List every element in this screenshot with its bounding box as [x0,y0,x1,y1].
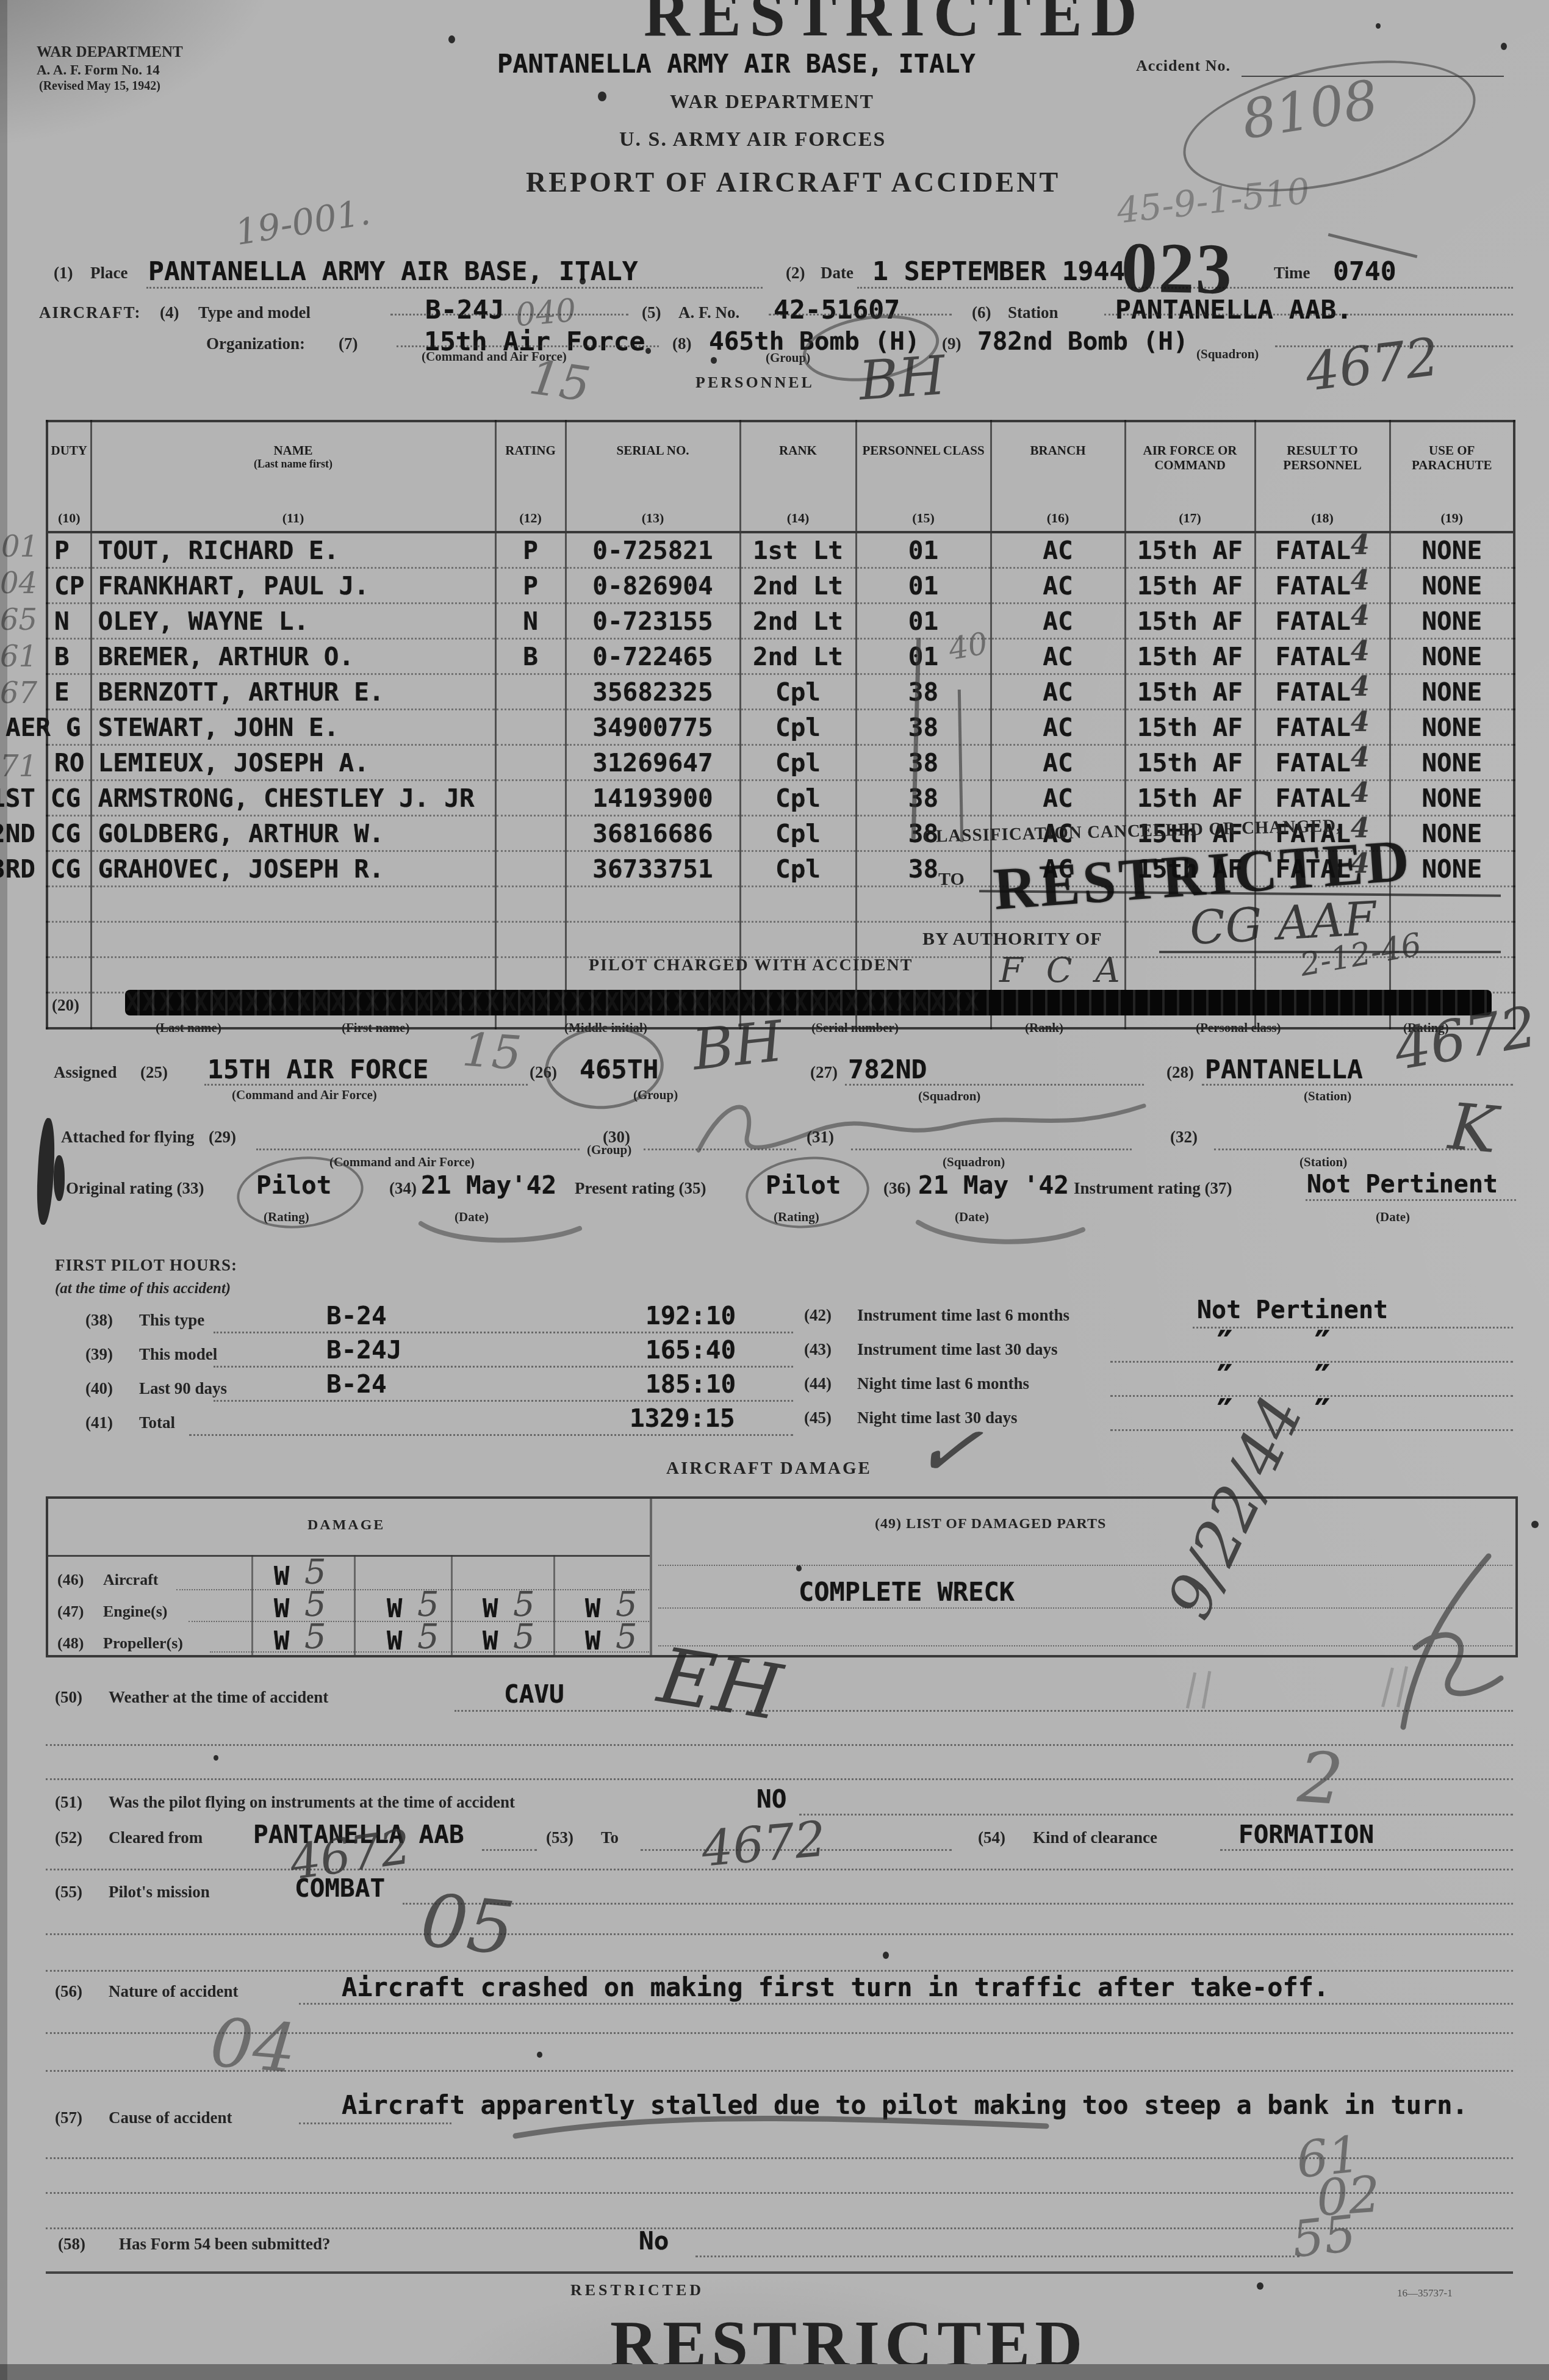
q50-number: (50) [55,1688,82,1707]
q39-value: 165:40 [645,1335,736,1365]
hw-time-strike [1328,233,1418,258]
q27-sqdn-value: 782ND [848,1055,927,1085]
hw-five: 5 [513,1617,535,1657]
q1-number: (1) [54,264,73,283]
q32-sublabel: (Station) [1299,1155,1347,1170]
ink-speck [711,357,717,364]
q30-sublabel: (Group) [587,1142,631,1158]
q46-label: Aircraft [103,1571,158,1589]
ink-speck [580,278,586,284]
col-serial: Serial No.(13) [566,421,740,532]
q25-number: (25) [140,1063,168,1082]
q42-dotted-line [1193,1327,1513,1329]
crew-row: EBERNZOTT, ARTHUR E.35682325Cpl38AC15th … [47,674,1514,710]
classification-authority-label: BY AUTHORITY OF [922,929,1102,950]
q50-value: CAVU [504,1679,564,1709]
q25-cmd-value: 15TH AIR FORCE [207,1055,428,1085]
masthead-forces: U. S. ARMY AIR FORCES [619,128,886,151]
q47-label: Engine(s) [103,1603,167,1621]
damage-w: W [483,1626,498,1656]
hw-assigned-cmd: 15 [461,1022,523,1081]
q5-number: (5) [642,303,661,322]
crew-row: NOLEY, WAYNE L.N0-7231552nd Lt01AC15th A… [47,604,1514,639]
crew-row: AER GSTEWART, JOHN E.34900775Cpl38AC15th… [47,710,1514,745]
col-duty: Duty(10) [47,421,91,532]
q57-label: Cause of accident [109,2108,232,2127]
personnel-title: PERSONNEL [695,373,814,392]
handwriting-swoosh [418,1217,583,1245]
q56-dotted-line [299,2003,1513,2005]
q55-label: Pilot's mission [109,1883,210,1902]
damage-w: W [585,1626,600,1656]
damage-w: W [387,1626,402,1656]
col-name: Name(Last name first)(11) [91,421,495,532]
hw-assigned-group: BH [689,1009,786,1083]
hw-q57-code: 55 [1289,2205,1359,2269]
q40-model: B-24 [326,1369,387,1399]
q33-label: Original rating (33) [66,1179,204,1198]
attached-label: Attached for flying [61,1128,194,1147]
hw-checkmark: ✓ [909,1399,988,1501]
q4-dotted-line [390,314,628,316]
scan-edge-strip [0,2364,1549,2380]
hw-org-sqdn: 4672 [1303,326,1442,403]
redaction-band: XXXXXXXXXXXXXXXXXXXXXXXXXXXXXXXXXXXXXXXX… [125,990,1492,1015]
q40-label: Last 90 days [139,1379,227,1398]
q31-number: (31) [807,1128,834,1147]
q8-number: (8) [672,334,691,353]
handwriting-swoosh [915,1217,1086,1248]
pencil-mark [1186,1672,1196,1709]
q1-place-label: Place [90,264,128,283]
q46-number: (46) [57,1571,84,1589]
ditto-mark: ″ [1214,1391,1235,1433]
blank-dotted-line [46,2192,1513,2194]
q45-dotted-line [1110,1429,1513,1431]
q25-sublabel: (Command and Air Force) [232,1087,377,1103]
damage-list-title: (49) LIST OF DAMAGED PARTS [875,1516,1106,1532]
hw-class-code: 40 [946,626,990,667]
q43-label: Instrument time last 30 days [857,1340,1058,1359]
q47-number: (47) [57,1603,84,1621]
q35-sublabel: (Rating) [774,1210,819,1225]
ink-speck [214,1755,218,1761]
q51-value: NO [757,1784,786,1814]
q7-number: (7) [339,334,358,353]
form-id-line1: WAR DEPARTMENT [37,44,183,61]
col-parachute: Use of Parachute(19) [1390,421,1514,532]
q51-dotted-line [799,1814,1513,1816]
q57-number: (57) [55,2108,82,2127]
q20-sublabel: (Last name) [156,1020,221,1036]
q9-number: (9) [942,334,961,353]
crew-row: BBREMER, ARTHUR O.B0-7224652nd Lt01AC15t… [47,639,1514,674]
q28-dotted-line [1202,1084,1513,1086]
q41-value: 1329:15 [630,1404,735,1433]
ink-speck [448,35,455,43]
q38-label: This type [139,1311,204,1330]
form-id-line3: (Revised May 15, 1942) [39,79,160,93]
q26-sublabel: (Group) [633,1087,678,1103]
q25-dotted-line [204,1084,528,1086]
q6-station-value: PANTANELLA AAB. [1115,295,1352,325]
damage-w: W [483,1593,498,1623]
q48-number: (48) [57,1634,84,1653]
ink-speck [598,92,606,101]
col-result: Result to Personnel(18) [1255,421,1390,532]
damage-w: W [274,1593,289,1623]
q20-sublabel: (Serial number) [811,1020,899,1036]
q54-label: Kind of clearance [1033,1828,1157,1847]
blank-dotted-line [46,1933,1513,1935]
q31-dotted-line [851,1149,1132,1150]
q41-number: (41) [85,1413,113,1432]
hw-file-no: 45-9-1-510 [1115,170,1311,232]
q37-dotted-line [1306,1199,1516,1201]
classification-to-label: TO [938,869,965,890]
q42-value: Not Pertinent [1197,1296,1388,1324]
q56-number: (56) [55,1982,82,2001]
scanned-accident-report-page: RESTRICTED WAR DEPARTMENT A. A. F. Form … [0,0,1549,2380]
q5-af-label: A. F. No. [678,303,739,322]
damage-col-title: DAMAGE [307,1517,385,1534]
col-branch: Branch(16) [991,421,1125,532]
q3-time-label: Time [1274,264,1310,283]
ink-speck [883,1952,889,1959]
accident-no-label: Accident No. [1136,57,1231,75]
q29-number: (29) [209,1128,236,1147]
q40-dotted-line [214,1400,793,1402]
col-rating: Rating(12) [495,421,566,532]
q39-number: (39) [85,1345,113,1364]
hours-title: FIRST PILOT HOURS: [55,1256,237,1275]
q6-station-label: Station [1008,303,1058,322]
q6-number: (6) [972,303,991,322]
q52-dotted-line [482,1849,537,1851]
q39-dotted-line [214,1366,793,1368]
damage-divider [354,1555,356,1655]
masthead-dept: WAR DEPARTMENT [670,90,874,113]
damage-w: W [274,1561,289,1591]
damage-w: W [274,1626,289,1656]
q52-number: (52) [55,1828,82,1847]
q55-number: (55) [55,1883,82,1902]
print-code: 16—35737-1 [1397,2287,1453,2299]
q58-number: (58) [58,2235,85,2254]
damage-w: W [585,1593,600,1623]
q58-label: Has Form 54 been submitted? [119,2235,331,2254]
q53-label: To [601,1828,619,1847]
hw-q53: 4672 [699,1810,828,1877]
q58-dotted-line [695,2256,1299,2257]
masthead-title: REPORT OF AIRCRAFT ACCIDENT [526,166,1060,198]
q1-dotted-line [146,287,763,289]
q20-sublabel: (First name) [342,1020,409,1036]
q28-number: (28) [1166,1063,1194,1082]
q33-sublabel: (Rating) [264,1210,309,1225]
hw-five: 5 [417,1617,439,1657]
ink-speck [645,348,651,354]
q27-dotted-line [845,1084,1144,1086]
q46-dotted [176,1589,649,1590]
blank-dotted-line [46,1970,1513,1972]
q50-dotted-line [455,1710,1513,1712]
ink-speck [1376,23,1381,29]
q56-label: Nature of accident [109,1982,238,2001]
damage-w: W [387,1593,402,1623]
hw-org-cmd: 15 [526,350,594,413]
assigned-label: Assigned [54,1063,117,1082]
ink-blot [54,1155,65,1201]
ink-speck [796,1565,802,1571]
q44-number: (44) [804,1374,832,1393]
hw-q51: 2 [1295,1737,1345,1822]
form-id-line2: A. A. F. Form No. 14 [37,62,160,78]
blank-dotted-line [46,1869,1513,1870]
hours-subtitle: (at the time of this accident) [55,1280,231,1297]
hw-attached-station: K [1446,1089,1500,1167]
personnel-header-row: Duty(10) Name(Last name first)(11) Ratin… [47,421,1514,532]
q39-model: B-24J [326,1335,401,1365]
q4-type-value: B-24J [425,295,504,325]
handwriting-underline [512,2113,1049,2140]
q57-dotted-line [299,2122,451,2124]
damage-header-line [48,1555,650,1557]
q1-place-value: PANTANELLA ARMY AIR BASE, ITALY [148,256,638,287]
damage-divider [251,1555,253,1655]
ink-speck [1257,2282,1263,2290]
q38-model: B-24 [326,1301,387,1330]
q9-sqdn-sublabel: (Squadron) [1196,347,1259,362]
q7-dotted-line [397,345,659,347]
q2-number: (2) [786,264,805,283]
q20-number: (20) [52,996,79,1015]
hw-five: 5 [304,1617,326,1657]
crew-row: ROLEMIEUX, JOSEPH A.31269647Cpl38AC15th … [47,745,1514,781]
q41-dotted-line [189,1434,793,1436]
q27-number: (27) [810,1063,838,1082]
q31-sublabel: (Squadron) [943,1155,1005,1170]
q56-value: Aircraft crashed on making first turn in… [342,1972,1329,2002]
ink-speck [1501,43,1507,50]
q20-sublabel: (Personal class) [1196,1020,1281,1036]
q58-value: No [639,2226,669,2256]
hw-q56: 04 [207,2003,300,2088]
q40-value: 185:10 [645,1369,736,1399]
q39-label: This model [139,1345,217,1364]
q55-dotted-line [403,1903,1513,1905]
pencil-mark [1202,1671,1212,1709]
q20-sublabel: (Rank) [1025,1020,1063,1036]
q29-dotted-line [256,1149,580,1150]
ink-speck [1531,1521,1539,1528]
q54-value: FORMATION [1238,1820,1374,1849]
q42-label: Instrument time last 6 months [857,1306,1069,1325]
q52-label: Cleared from [109,1828,203,1847]
aircraft-section-label: AIRCRAFT: [39,303,142,322]
damage-table: DAMAGE (49) LIST OF DAMAGED PARTS (46) A… [46,1496,1518,1657]
q51-label: Was the pilot flying on instruments at t… [109,1793,515,1812]
q36-value: 21 May '42 [918,1170,1069,1200]
q42-number: (42) [804,1306,832,1325]
q36-number: (36) [883,1179,911,1198]
hw-initials: F C A [999,951,1126,990]
blank-dotted-line [46,1778,1513,1780]
q38-number: (38) [85,1311,113,1330]
q40-number: (40) [85,1379,113,1398]
crew-row: 1ST CGARMSTRONG, CHESTLEY J. JR14193900C… [47,781,1514,816]
q34-number: (34) [389,1179,417,1198]
redaction-text: XXXXXXXXXXXXXXXXXXXXXXXXXXXXXXXXXXXXXXXX… [125,990,1492,1015]
crew-row: CPFRANKHART, PAUL J.P0-8269042nd Lt01AC1… [47,568,1514,604]
q4-number: (4) [160,303,179,322]
restricted-small: RESTRICTED [570,2281,704,2299]
q54-dotted-line [1220,1849,1513,1851]
hw-eh-initials: EH [653,1631,787,1738]
q38-value: 192:10 [645,1301,736,1330]
q34-value: 21 May'42 [421,1170,556,1200]
q54-number: (54) [978,1828,1005,1847]
damage-wreck-value: COMPLETE WRECK [799,1577,1015,1607]
masthead-base: PANTANELLA ARMY AIR BASE, ITALY [497,49,976,79]
hw-five: 5 [616,1617,638,1657]
ditto-mark: ″ [1312,1391,1333,1433]
q38-dotted-line [214,1332,793,1333]
q28-station-value: PANTANELLA [1205,1055,1363,1085]
charged-title: PILOT CHARGED WITH ACCIDENT [589,956,913,975]
damage-heading: AIRCRAFT DAMAGE [666,1459,872,1479]
q44-label: Night time last 6 months [857,1374,1029,1393]
q32-dotted-line [1214,1149,1476,1150]
restricted-stamp-top: RESTRICTED [644,0,1146,51]
q2-date-value: 1 SEPTEMBER 1944 [872,256,1125,287]
col-class: Personnel Class(15) [856,421,991,532]
hw-docket-no: 19-001. [232,191,373,253]
blank-dotted-line [46,1744,1513,1746]
q48-label: Propeller(s) [103,1634,183,1653]
q2-date-label: Date [821,264,854,283]
ink-speck [537,2052,542,2058]
q43-number: (43) [804,1340,832,1359]
q35-label: Present rating (35) [575,1179,706,1198]
col-rank: Rank(14) [740,421,856,532]
q37-value: Not Pertinent [1307,1170,1498,1199]
blank-dotted-line [46,2157,1513,2159]
q6-dotted-line [1104,314,1513,316]
col-command: Air Force or Command(17) [1125,421,1255,532]
crew-row: PTOUT, RICHARD E.P0-7258211st Lt01AC15th… [47,532,1514,568]
q28-sublabel: (Station) [1304,1089,1351,1104]
q7-org-label: Organization: [206,334,305,353]
q37-sublabel: (Date) [1376,1210,1410,1225]
hw-org-group: BH [857,344,947,413]
hw-q55-b: 05 [417,1878,518,1972]
q37-label: Instrument rating (37) [1074,1179,1232,1198]
q32-number: (32) [1170,1128,1198,1147]
q9-sqdn-value: 782nd Bomb (H) [977,326,1188,356]
damage-divider [451,1555,453,1655]
footer-rule [46,2271,1513,2274]
q53-number: (53) [546,1828,573,1847]
damage-section-divider [650,1499,652,1655]
q50-label: Weather at the time of accident [109,1688,328,1707]
damage-divider [553,1555,555,1655]
q45-number: (45) [804,1408,832,1427]
scan-edge-strip-left [0,0,7,2380]
q51-number: (51) [55,1793,82,1812]
q41-label: Total [139,1413,175,1432]
q3-time-value: 0740 [1333,256,1396,287]
q4-type-label: Type and model [198,303,311,322]
q5-dotted-line [769,314,952,316]
